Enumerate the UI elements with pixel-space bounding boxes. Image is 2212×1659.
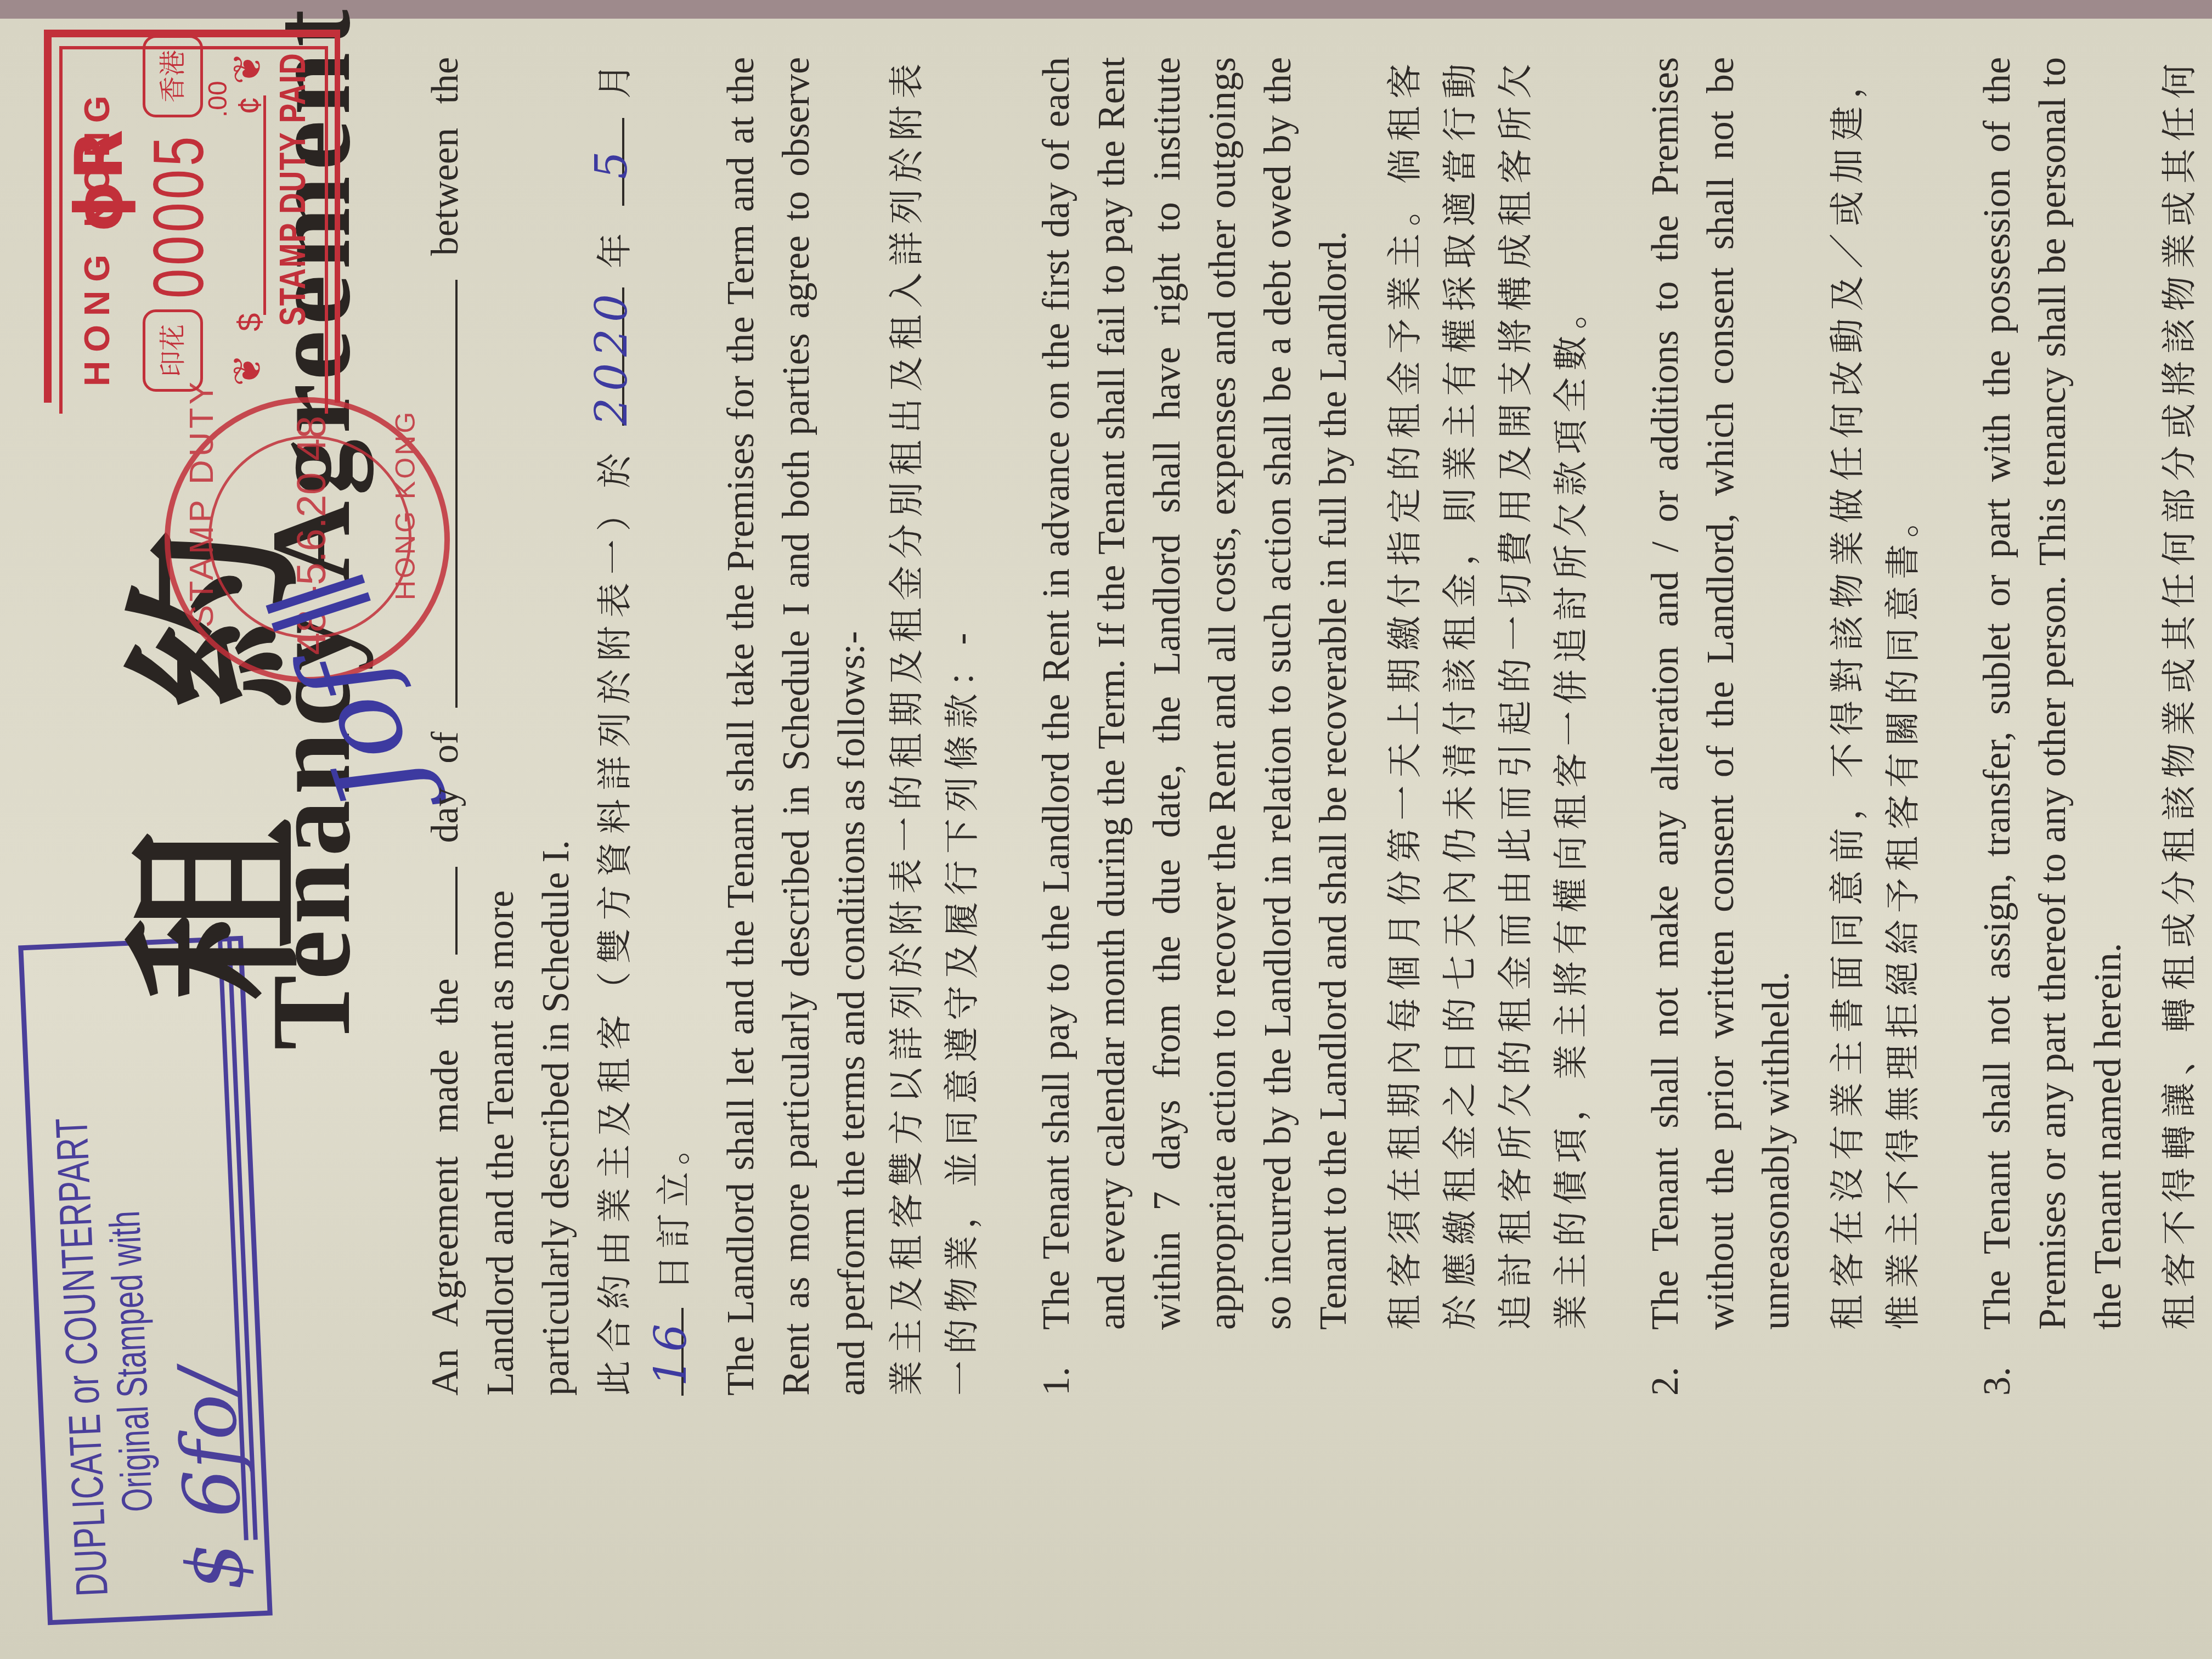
month-field[interactable]: 5 xyxy=(584,118,624,206)
hong-kong-stamp-duty-meter: HONG KONG ɸR 印花 香港 00005 .00 $ ¢ STAMP D… xyxy=(44,19,340,403)
day-label: 日訂立。 xyxy=(654,1124,695,1290)
month-value: 5 xyxy=(586,145,637,179)
clause-text-zh: 租客須在租期內每個月份第一天上期繳付指定的租金予業主。倘租客於應繳租金之日的七天… xyxy=(1378,57,1599,1330)
clause-number: 3. xyxy=(1970,1367,2025,1396)
dollar-sign-icon: $ xyxy=(230,313,268,331)
tenancy-agreement-page: DUPLICATE or COUNTERPART Original Stampe… xyxy=(0,19,2212,1659)
duplicate-counterpart-stamp: DUPLICATE or COUNTERPART Original Stampe… xyxy=(18,936,273,1626)
clause-number: 1. xyxy=(1029,1367,1084,1396)
clause-text-zh: 租客在沒有業主書面同意前，不得對該物業做任何改動及／或加建，惟業主不得無理拒絕給… xyxy=(1820,57,1931,1330)
clause-text-en: The Tenant shall pay to the Landlord the… xyxy=(1029,57,1361,1330)
intro-prefix: An Agreement made the xyxy=(424,979,466,1396)
clause-3: 3.The Tenant shall not assign, transfer,… xyxy=(1970,57,2212,1396)
meter-seal-stamp: 印花 xyxy=(143,309,203,392)
cent-sign-icon: ¢ xyxy=(230,97,268,115)
clause-text-zh: 租客不得轉讓、轉租或分租該物業或其任何部分或將該物業或其任何部分的佔用權讓予任何… xyxy=(2152,57,2212,1330)
month-blank[interactable] xyxy=(417,280,458,708)
clause-text-en: The Tenant shall not assign, transfer, s… xyxy=(1970,57,2136,1330)
clause-number: 2. xyxy=(1638,1367,1693,1396)
clause-2: 2.The Tenant shall not make any alterati… xyxy=(1638,57,1931,1396)
let-clause-zh: 業主及租客雙方以詳列於附表一的租期及租金分別租出及租入詳列於附表一的物業，並同意… xyxy=(879,57,990,1396)
year-value: 2020 xyxy=(586,287,637,426)
intro-zh-prefix: 此合約由業主及租客（雙方資料詳列於附表一）於 xyxy=(595,445,635,1396)
meter-seal-hongkong: 香港 xyxy=(143,35,203,117)
date-stamp-top-text: STAMP DUTY xyxy=(182,379,221,628)
meter-label: STAMP DUTY PAID xyxy=(272,53,313,326)
meter-cents: .00 xyxy=(203,81,233,117)
clause-1: 1.The Tenant shall pay to the Landlord t… xyxy=(1029,57,1599,1396)
meter-amount: 00005 xyxy=(137,133,219,298)
day-field[interactable]: 16 xyxy=(643,1308,684,1396)
meter-rule xyxy=(263,95,266,315)
photo-frame: DUPLICATE or COUNTERPART Original Stampe… xyxy=(0,0,2212,1659)
day-blank[interactable] xyxy=(417,867,458,955)
intro-line-en: An Agreement made the day of between the… xyxy=(417,57,528,1396)
flourish-ornament-icon: ❦ xyxy=(225,52,270,84)
intro-line2-en: particularly described in Schedule I. xyxy=(528,57,584,1396)
agreement-body: An Agreement made the day of between the… xyxy=(417,57,2212,1396)
day-value: 16 xyxy=(645,1317,696,1386)
clause-text-en: The Tenant shall not make any alteration… xyxy=(1638,57,1804,1330)
intro-line-zh: 此合約由業主及租客（雙方資料詳列於附表一）於 2020 年 5 月 16 日訂立… xyxy=(584,57,702,1396)
intro-day-of: day of xyxy=(424,731,466,843)
crown-r-icon: ɸR xyxy=(61,129,138,233)
let-clause-en: The Landlord shall let and the Tenant sh… xyxy=(713,57,879,1396)
month-label: 月 xyxy=(595,57,635,99)
year-label: 年 xyxy=(595,225,635,268)
flourish-ornament-icon: ❦ xyxy=(225,354,270,386)
clause-list: 1.The Tenant shall pay to the Landlord t… xyxy=(1029,57,2212,1396)
duplicate-stamp-amount: $ 6fo/ xyxy=(162,1367,262,1593)
year-field[interactable]: 2020 xyxy=(584,287,624,426)
